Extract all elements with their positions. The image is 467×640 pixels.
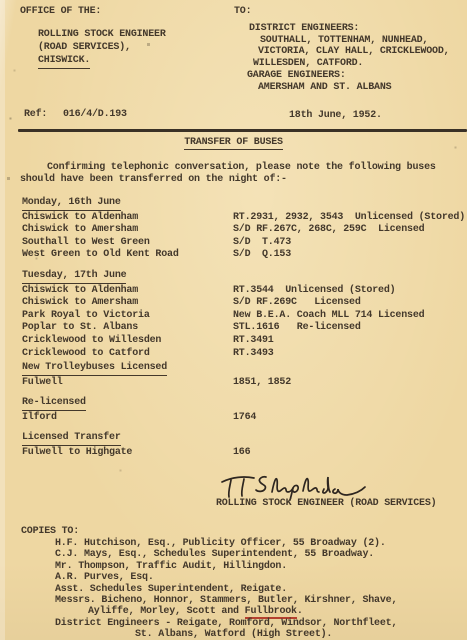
detail-cell: RT.2931, 2932, 3543 Unlicensed (Stored) (233, 212, 467, 225)
copies-heading: COPIES TO: (21, 526, 79, 537)
scan-edge (0, 0, 5, 640)
route-cell: Ilford (22, 412, 233, 425)
district-engineers-heading: DISTRICT ENGINEERS: (249, 23, 449, 35)
copies-line: Ayliffe, Morley, Scott and Fullbrook. (88, 606, 460, 617)
route-cell: Chiswick to Amersham (22, 224, 233, 237)
route-cell: Cricklewood to Willesden (22, 335, 233, 348)
section-tuesday: Tuesday, 17th June Chiswick to Aldenham … (22, 270, 467, 360)
transfer-row: Cricklewood to Willesden RT.3491 (22, 335, 467, 348)
transfer-row: Fulwell to Highgate 166 (22, 447, 467, 460)
district-engineer-line: WILLESDEN, CATFORD. (253, 58, 449, 70)
section-heading: Licensed Transfer (22, 432, 121, 446)
route-cell: Park Royal to Victoria (22, 310, 233, 323)
to-label: TO: (234, 6, 251, 17)
detail-cell: 166 (233, 447, 467, 460)
route-cell: Chiswick to Aldenham (22, 285, 233, 298)
route-cell: Poplar to St. Albans (22, 322, 233, 335)
copies-line: District Engineers - Reigate, Romford, W… (55, 618, 460, 629)
detail-cell: S/D Q.153 (233, 249, 467, 262)
transfer-row: Southall to West Green S/D T.473 (22, 237, 467, 250)
copies-line: St. Albans, Watford (High Street). (135, 629, 460, 640)
section-relicensed: Re-licensed Ilford 1764 (22, 397, 467, 424)
copies-line: C.J. Mays, Esq., Schedules Superintenden… (55, 549, 460, 560)
office-address-line: ROLLING STOCK ENGINEER (38, 29, 166, 42)
transfer-row: Park Royal to Victoria New B.E.A. Coach … (22, 310, 467, 323)
copies-line: H.F. Hutchison, Esq., Publicity Officer,… (55, 538, 460, 549)
transfer-row: Chiswick to Amersham S/D RF.267C, 268C, … (22, 224, 467, 237)
transfer-row: Ilford 1764 (22, 412, 467, 425)
detail-cell: S/D T.473 (233, 237, 467, 250)
section-heading: Monday, 16th June (22, 197, 121, 211)
route-cell: Fulwell (22, 377, 233, 390)
section-heading: Tuesday, 17th June (22, 270, 126, 284)
office-address-line: (ROAD SERVICES), (38, 42, 166, 55)
detail-cell: RT.3491 (233, 335, 467, 348)
office-address-line: CHISWICK. (38, 55, 166, 69)
detail-cell: S/D RF.269C Licensed (233, 297, 467, 310)
doc-title-wrap: TRANSFER OF BUSES (0, 137, 467, 150)
intro-line: should have been transferred on the nigh… (20, 174, 452, 186)
copies-line: Messrs. Bicheno, Honnor, Stammers, Butle… (55, 595, 460, 606)
detail-cell: 1764 (233, 412, 467, 425)
detail-cell: RT.3544 Unlicensed (Stored) (233, 285, 467, 298)
section-new-trolleybuses: New Trolleybuses Licensed Fulwell 1851, … (22, 362, 467, 389)
route-cell: West Green to Old Kent Road (22, 249, 233, 262)
divider-rule (18, 129, 467, 132)
office-address: ROLLING STOCK ENGINEER (ROAD SERVICES), … (38, 29, 166, 69)
date: 18th June, 1952. (289, 110, 382, 121)
transfer-row: Cricklewood to Catford RT.3493 (22, 348, 467, 361)
section-heading: Re-licensed (22, 397, 86, 411)
intro-line: Confirming telephonic conversation, plea… (20, 162, 452, 174)
transfer-row: Poplar to St. Albans STL.1616 Re-license… (22, 322, 467, 335)
district-engineer-line: SOUTHALL, TOTTENHAM, NUNHEAD, (260, 35, 449, 47)
route-cell: Chiswick to Aldenham (22, 212, 233, 225)
detail-cell: RT.3493 (233, 348, 467, 361)
recipients: DISTRICT ENGINEERS: SOUTHALL, TOTTENHAM,… (247, 23, 449, 93)
detail-cell: New B.E.A. Coach MLL 714 Licensed (233, 310, 467, 323)
route-cell: Chiswick to Amersham (22, 297, 233, 310)
detail-cell: 1851, 1852 (233, 377, 467, 390)
detail-cell: S/D RF.267C, 268C, 259C Licensed (233, 224, 467, 237)
transfer-row: Chiswick to Aldenham RT.2931, 2932, 3543… (22, 212, 467, 225)
district-engineer-line: VICTORIA, CLAY HALL, CRICKLEWOOD, (258, 46, 449, 58)
ref-label: Ref: (24, 109, 47, 120)
route-cell: Fulwell to Highgate (22, 447, 233, 460)
detail-cell: STL.1616 Re-licensed (233, 322, 467, 335)
ref-value: 016/4/D.193 (63, 109, 127, 120)
garage-engineers-heading: GARAGE ENGINEERS: (247, 70, 449, 82)
transfer-row: West Green to Old Kent Road S/D Q.153 (22, 249, 467, 262)
intro-paragraph: Confirming telephonic conversation, plea… (20, 162, 452, 187)
signatory-title: ROLLING STOCK ENGINEER (ROAD SERVICES) (216, 498, 436, 509)
section-heading: New Trolleybuses Licensed (22, 362, 167, 376)
copies-line: Mr. Thompson, Traffic Audit, Hillingdon. (55, 561, 460, 572)
signature-handwriting (218, 469, 368, 501)
doc-title: TRANSFER OF BUSES (184, 137, 283, 150)
transfer-row: Chiswick to Aldenham RT.3544 Unlicensed … (22, 285, 467, 298)
scanned-memo-document: OFFICE OF THE: ROLLING STOCK ENGINEER (R… (0, 0, 467, 640)
copies-line: A.R. Purves, Esq. (55, 572, 460, 583)
copies-line: Asst. Schedules Superintendent, Reigate. (55, 584, 460, 595)
route-cell: Cricklewood to Catford (22, 348, 233, 361)
transfer-row: Fulwell 1851, 1852 (22, 377, 467, 390)
garage-engineer-line: AMERSHAM AND ST. ALBANS (258, 82, 449, 94)
section-licensed-transfer: Licensed Transfer Fulwell to Highgate 16… (22, 432, 467, 459)
scan-noise (0, 0, 1, 1)
office-label: OFFICE OF THE: (20, 6, 101, 17)
route-cell: Southall to West Green (22, 237, 233, 250)
section-monday: Monday, 16th June Chiswick to Aldenham R… (22, 197, 467, 262)
copies-list: H.F. Hutchison, Esq., Publicity Officer,… (55, 538, 460, 640)
transfer-row: Chiswick to Amersham S/D RF.269C License… (22, 297, 467, 310)
